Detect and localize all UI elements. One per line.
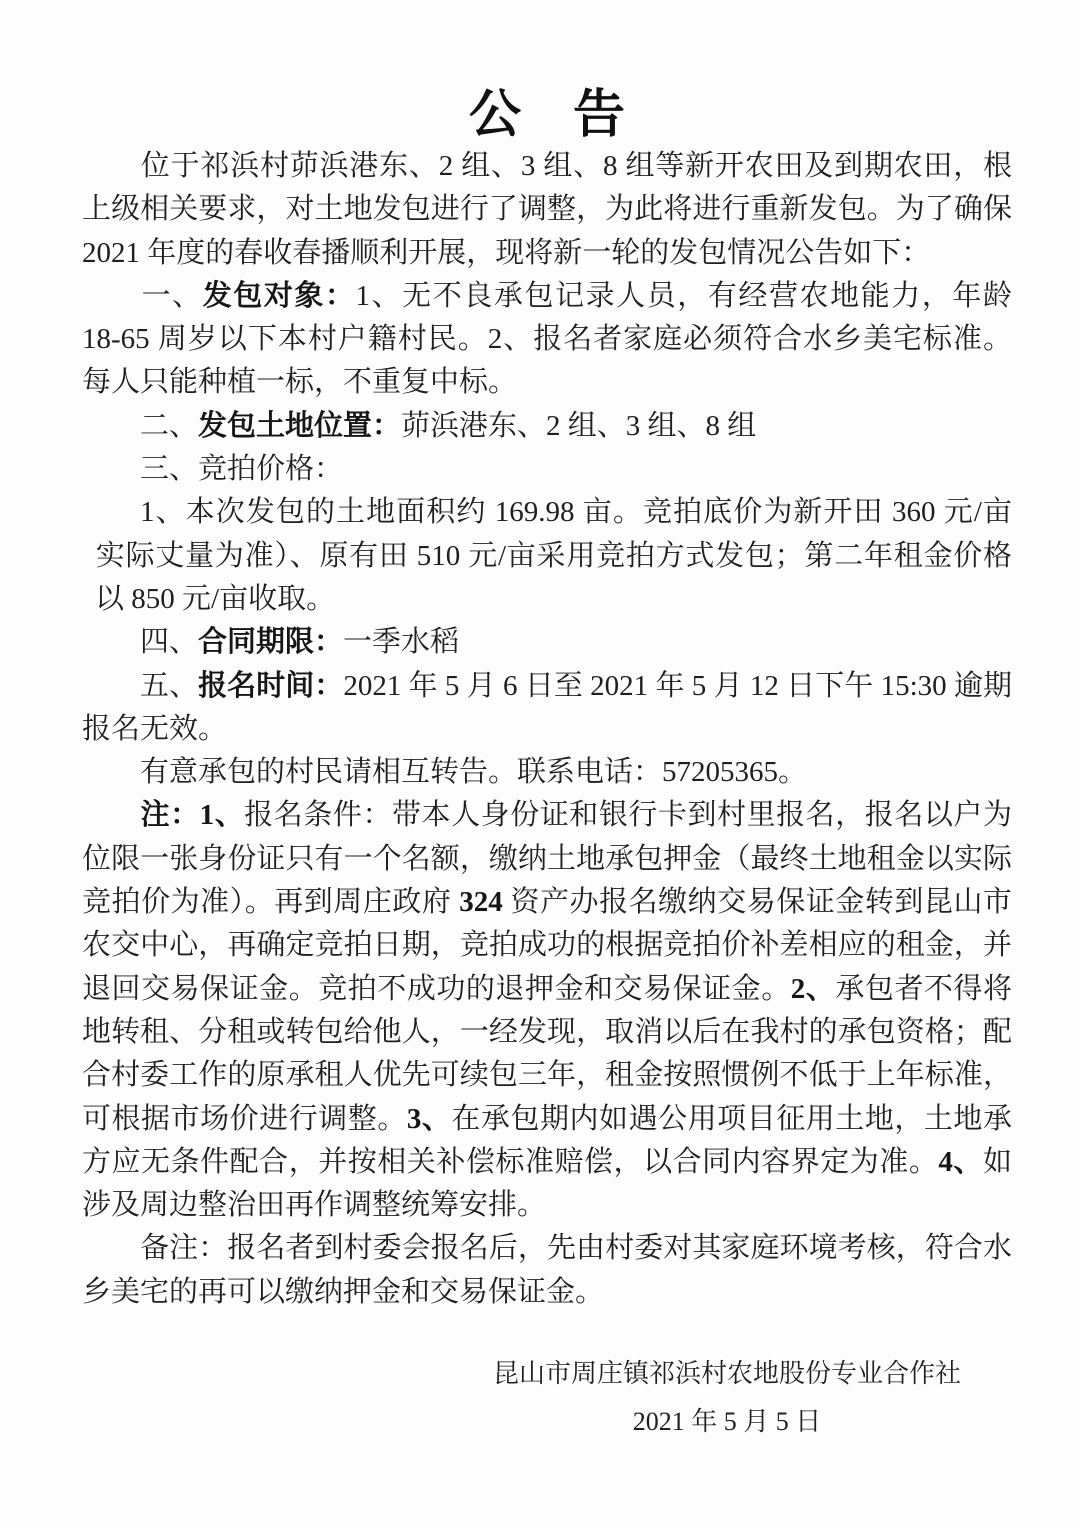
doc-line: 三、竞拍价格： (82, 448, 1012, 491)
doc-text: 涉及周边整治田再作调整统筹安排。 (82, 1189, 546, 1221)
indent-spacer (82, 823, 140, 824)
indent-spacer (82, 434, 140, 435)
announcement-page: 公 告 位于祁浜村茆浜港东、2 组、3 组、8 组等新开农田及到期农田，根据上级… (0, 0, 1080, 1528)
doc-line: 乡美宅的再可以缴纳押金和交易保证金。 (82, 1271, 1012, 1314)
signature-date: 2021 年 5 月 5 日 (493, 1398, 961, 1446)
doc-text: 五、 (140, 670, 198, 702)
doc-text: 18-65 周岁以下本村户籍村民。2、报名者家庭必须符合水乡美宅标准。3、 (82, 323, 1012, 361)
indent-spacer (82, 650, 140, 651)
doc-line: 每人只能种植一标，不重复中标。 (82, 361, 1012, 404)
indent-spacer (82, 607, 95, 608)
doc-line: 退回交易保证金。竞拍不成功的退押金和交易保证金。2、承包者不得将土 (82, 968, 1012, 1011)
doc-text: 合村委工作的原承租人优先可续包三年，租金按照惯例不低于上年标准， (82, 1059, 1012, 1091)
doc-line: 注：1、报名条件：带本人身份证和银行卡到村里报名，报名以户为单 (82, 794, 1012, 837)
doc-line: 竞拍价为准）。再到周庄政府 324 资产办报名缴纳交易保证金转到昆山市 (82, 881, 1012, 924)
doc-text-bold: 发包土地位置： (198, 410, 401, 442)
doc-line: 二、发包土地位置：茆浜港东、2 组、3 组、8 组 (82, 405, 1012, 448)
doc-text: 备注：报名者到村委会报名后，先由村委对其家庭环境考核，符合水 (140, 1232, 1012, 1264)
doc-text: 报名无效。 (82, 713, 227, 745)
doc-line: 位于祁浜村茆浜港东、2 组、3 组、8 组等新开农田及到期农田，根据 (82, 145, 1012, 188)
doc-text: 乡美宅的再可以缴纳押金和交易保证金。 (82, 1276, 604, 1308)
doc-text: 地转租、分租或转包给他人，一经发现，取消以后在我村的承包资格；配 (82, 1016, 1012, 1048)
doc-text: 三、竞拍价格： (140, 453, 343, 485)
doc-line: 方应无条件配合，并按相关补偿标准赔偿，以合同内容界定为准。4、如所 (82, 1141, 1012, 1184)
doc-text: 以 850 元/亩收取。 (95, 583, 335, 615)
doc-text: 有意承包的村民请相互转告。联系电话：57205365。 (140, 756, 807, 788)
doc-line: 位限一张身份证只有一个名额，缴纳土地承包押金（最终土地租金以实际 (82, 838, 1012, 881)
doc-text: 方应无条件配合，并按相关补偿标准赔偿，以合同内容界定为准。 (82, 1146, 938, 1178)
doc-text: 可根据市场价进行调整。 (82, 1103, 407, 1135)
doc-text: 竞拍价为准）。再到周庄政府 (82, 886, 459, 918)
indent-spacer (82, 1256, 140, 1257)
indent-spacer (82, 477, 140, 478)
doc-line: 备注：报名者到村委会报名后，先由村委对其家庭环境考核，符合水 (82, 1227, 1012, 1270)
doc-line: 报名无效。 (82, 708, 1012, 751)
doc-text: 资产办报名缴纳交易保证金转到昆山市 (503, 886, 1012, 918)
doc-text: 2021 年度的春收春播顺利开展，现将新一轮的发包情况公告如下： (82, 237, 930, 269)
doc-text: 一、 (140, 280, 203, 312)
doc-line: 实际丈量为准）、原有田 510 元/亩采用竞拍方式发包；第二年租金价格 (82, 535, 1012, 578)
doc-line: 合村委工作的原承租人优先可续包三年，租金按照惯例不低于上年标准， (82, 1054, 1012, 1097)
doc-line: 地转租、分租或转包给他人，一经发现，取消以后在我村的承包资格；配 (82, 1011, 1012, 1054)
doc-text: 农交中心，再确定竞拍日期，竞拍成功的根据竞拍价补差相应的租金，并 (82, 929, 1012, 961)
indent-spacer (82, 694, 140, 695)
doc-text-bold: 3、 (407, 1103, 452, 1135)
signature-block: 昆山市周庄镇祁浜村农地股份专业合作社 2021 年 5 月 5 日 (493, 1350, 961, 1446)
doc-text: 位于祁浜村茆浜港东、2 组、3 组、8 组等新开农田及到期农田，根据 (82, 150, 1012, 188)
doc-line: 五、报名时间：2021 年 5 月 6 日至 2021 年 5 月 12 日下午… (82, 665, 1012, 708)
doc-text: 四、 (140, 626, 198, 658)
indent-spacer (82, 564, 95, 565)
doc-line: 可根据市场价进行调整。3、在承包期内如遇公用项目征用土地，土地承包 (82, 1098, 1012, 1141)
indent-spacer (82, 520, 140, 521)
doc-text-bold: 4、 (938, 1146, 983, 1178)
indent-spacer (82, 174, 140, 175)
doc-line: 18-65 周岁以下本村户籍村民。2、报名者家庭必须符合水乡美宅标准。3、 (82, 318, 1012, 361)
doc-text-bold: 发包对象： (203, 280, 356, 312)
doc-text: 二、 (140, 410, 198, 442)
doc-text-bold: 324 (459, 886, 503, 918)
doc-text-bold: 2、 (791, 973, 836, 1005)
signature-organization: 昆山市周庄镇祁浜村农地股份专业合作社 (493, 1350, 961, 1398)
doc-line: 农交中心，再确定竞拍日期，竞拍成功的根据竞拍价补差相应的租金，并 (82, 924, 1012, 967)
doc-text: 2021 年 5 月 6 日至 2021 年 5 月 12 日下午 15:30 … (343, 670, 1012, 702)
doc-text: 实际丈量为准）、原有田 510 元/亩采用竞拍方式发包；第二年租金价格 (95, 540, 1012, 572)
doc-text-bold: 合同期限： (198, 626, 343, 658)
indent-spacer (82, 780, 140, 781)
doc-line: 有意承包的村民请相互转告。联系电话：57205365。 (82, 751, 1012, 794)
doc-text: 上级相关要求，对土地发包进行了调整，为此将进行重新发包。为了确保 (82, 193, 1012, 225)
doc-text-bold: 注：1、 (140, 799, 244, 831)
indent-spacer (82, 304, 140, 305)
page-title: 公 告 (82, 85, 1012, 145)
doc-line: 上级相关要求，对土地发包进行了调整，为此将进行重新发包。为了确保 (82, 188, 1012, 231)
doc-text: 1、本次发包的土地面积约 169.98 亩。竞拍底价为新开田 360 元/亩（以 (82, 496, 1012, 534)
doc-line: 涉及周边整治田再作调整统筹安排。 (82, 1184, 1012, 1227)
doc-line: 一、发包对象：1、无不良承包记录人员，有经营农地能力，年龄 (82, 275, 1012, 318)
doc-body: 位于祁浜村茆浜港东、2 组、3 组、8 组等新开农田及到期农田，根据上级相关要求… (82, 145, 1012, 1314)
doc-text-bold: 报名时间： (198, 670, 343, 702)
doc-text: 位限一张身份证只有一个名额，缴纳土地承包押金（最终土地租金以实际 (82, 843, 1012, 875)
doc-line: 以 850 元/亩收取。 (82, 578, 1012, 621)
doc-line: 四、合同期限：一季水稻 (82, 621, 1012, 664)
doc-text: 茆浜港东、2 组、3 组、8 组 (401, 410, 756, 442)
doc-text: 每人只能种植一标，不重复中标。 (82, 366, 517, 398)
doc-text: 一季水稻 (343, 626, 459, 658)
doc-text: 退回交易保证金。竞拍不成功的退押金和交易保证金。 (82, 973, 791, 1005)
doc-line: 1、本次发包的土地面积约 169.98 亩。竞拍底价为新开田 360 元/亩（以 (82, 491, 1012, 534)
doc-line: 2021 年度的春收春播顺利开展，现将新一轮的发包情况公告如下： (82, 232, 1012, 275)
doc-text: 1、无不良承包记录人员，有经营农地能力，年龄 (356, 280, 1012, 312)
